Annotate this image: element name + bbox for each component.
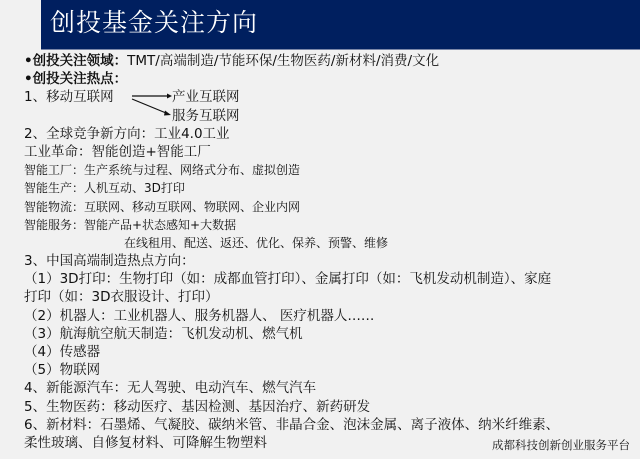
list-item: （4）传感器	[24, 343, 634, 361]
mobile-internet-diagram: 1、移动互联网 产业互联网 服务互联网	[24, 88, 634, 124]
list-item: 智能服务：智能产品+状态感知+大数据	[24, 216, 634, 234]
list-item: 智能生产：人机互动、3D打印	[24, 179, 634, 197]
focus-areas-value: TMT/高端制造/节能环保/生物医药/新材料/消费/文化	[127, 53, 439, 69]
list-item: 智能工厂：生产系统与过程、网络式分布、虚拟创造	[24, 161, 634, 179]
header-banner: 创投基金关注方向	[41, 0, 640, 50]
service-internet-label: 服务互联网	[172, 107, 240, 125]
focus-areas-line: •创投关注领域：TMT/高端制造/节能环保/生物医药/新材料/消费/文化	[24, 52, 634, 70]
content-body: •创投关注领域：TMT/高端制造/节能环保/生物医药/新材料/消费/文化 •创投…	[24, 52, 634, 452]
list-item: 在线租用、配送、返还、优化、保养、预警、维修	[24, 234, 634, 252]
list-item: （3）航海航空航天制造：飞机发动机、燃气机	[24, 325, 634, 343]
focus-areas-label: •创投关注领域：	[24, 53, 127, 69]
list-item: 4、新能源汽车：无人驾驶、电动汽车、燃气汽车	[24, 379, 634, 397]
list-item: 智能物流：互联网、移动互联网、物联网、企业内网	[24, 198, 634, 216]
list-item: 6、新材料：石墨烯、气凝胶、碳纳米管、非晶合金、泡沫金属、离子液体、纳米纤维素、	[24, 416, 634, 434]
hotspots-label: •创投关注热点：	[24, 70, 634, 88]
page-title: 创投基金关注方向	[50, 7, 258, 39]
list-item: 打印（如：3D衣服设计、打印）	[24, 288, 634, 306]
list-item: 3、中国高端制造热点方向：	[24, 252, 634, 270]
list-item: （2）机器人：工业机器人、服务机器人、 医疗机器人……	[24, 307, 634, 325]
arrow-icon	[131, 91, 173, 121]
list-item: （5）物联网	[24, 361, 634, 379]
industrial-internet-label: 产业互联网	[172, 88, 240, 106]
list-item: 2、全球竞争新方向：工业4.0工业	[24, 125, 634, 143]
list-item: 工业革命：智能创造+智能工厂	[24, 143, 634, 161]
list-item: （1）3D打印：生物打印（如：成都血管打印）、金属打印（如：飞机发动机制造）、家…	[24, 270, 634, 288]
list-item: 5、生物医药：移动医疗、基因检测、基因治疗、新药研发	[24, 398, 634, 416]
footer-label: 成都科技创新创业服务平台	[492, 437, 630, 453]
mobile-internet-label: 1、移动互联网	[24, 88, 114, 106]
